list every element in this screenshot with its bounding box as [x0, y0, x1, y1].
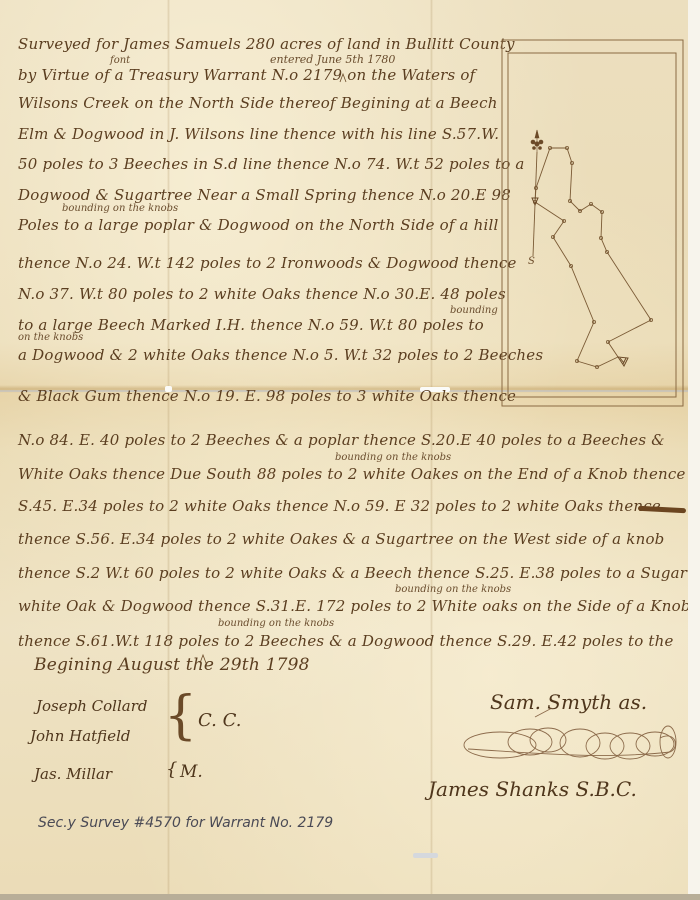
marker-role-brace: { [166, 759, 177, 780]
interlinear-note: bounding on the knobs [395, 584, 511, 595]
survey-line: Poles to a large poplar & Dogwood on the… [18, 216, 499, 234]
survey-line: Elm & Dogwood in J. Wilsons line thence … [18, 125, 499, 143]
tract-boundary [535, 148, 651, 367]
survey-line: a Dogwood & 2 white Oaks thence N.o 5. W… [18, 346, 543, 364]
survey-line: 50 poles to 3 Beeches in S.d line thence… [18, 155, 525, 173]
survey-corner-markers [533, 146, 652, 368]
survey-line: Surveyed for James Samuels 280 acres of … [18, 35, 515, 53]
marker-role: M. [180, 762, 203, 782]
surveyor-signature: James Shanks S.B.C. [428, 777, 637, 801]
survey-line: thence S.61.W.t 118 poles to 2 Beeches &… [18, 632, 674, 650]
tree-corner-icon [618, 357, 628, 366]
meridian-line [533, 152, 537, 256]
scan-margin [688, 0, 700, 900]
chain-carrier-name: John Hatfield [30, 727, 130, 745]
survey-line: N.o 84. E. 40 poles to 2 Beeches & a pop… [18, 431, 665, 449]
survey-line: to a large Beech Marked I.H. thence N.o … [18, 316, 484, 334]
chain-carrier-role: C. C. [198, 710, 241, 731]
scan-margin [0, 894, 700, 900]
survey-line: thence N.o 24. W.t 142 poles to 2 Ironwo… [18, 254, 517, 272]
survey-line: thence S.56. E.34 poles to 2 white Oakes… [18, 530, 664, 548]
survey-line: Wilsons Creek on the North Side thereof … [18, 94, 498, 112]
interlinear-note: bounding on the knobs [335, 452, 451, 463]
paper-tear [413, 853, 438, 858]
survey-line: White Oaks thence Due South 88 poles to … [18, 465, 686, 483]
marker-name: Jas. Millar [34, 765, 112, 783]
survey-line: by Virtue of a Treasury Warrant N.o 2179… [18, 66, 475, 84]
interlinear-note: bounding on the knobs [218, 618, 334, 629]
pencil-annotation: Sec.y Survey #4570 for Warrant No. 2179 [38, 815, 333, 831]
survey-line: Dogwood & Sugartree Near a Small Spring … [18, 186, 511, 204]
survey-line: S.45. E.34 poles to 2 white Oaks thence … [18, 497, 661, 515]
interlinear-note: font [110, 55, 130, 66]
signature-flourish [464, 708, 676, 759]
chain-carrier-name: Joseph Collard [36, 697, 147, 715]
beginning-corner-icon [532, 198, 538, 205]
survey-line: N.o 37. W.t 80 poles to 2 white Oaks the… [18, 285, 506, 303]
survey-line: thence S.2 W.t 60 poles to 2 white Oaks … [18, 564, 700, 582]
survey-line: & Black Gum thence N.o 19. E. 98 poles t… [18, 387, 516, 405]
interlinear-note: on the knobs [18, 332, 83, 343]
north-arrow-icon [531, 130, 543, 152]
brace-glyph: { [164, 690, 197, 742]
assistant-signature: Sam. Smyth as. [490, 690, 647, 714]
interlinear-note: bounding [450, 305, 498, 316]
south-label: S [528, 256, 535, 267]
survey-line: white Oak & Dogwood thence S.31.E. 172 p… [18, 597, 691, 615]
survey-document: Surveyed for James Samuels 280 acres of … [0, 0, 700, 900]
survey-date-line: Begining August the 29th 1798 [34, 655, 310, 675]
interlinear-note: entered June 5th 1780 [270, 53, 395, 66]
interlinear-note: bounding on the knobs [62, 203, 178, 214]
